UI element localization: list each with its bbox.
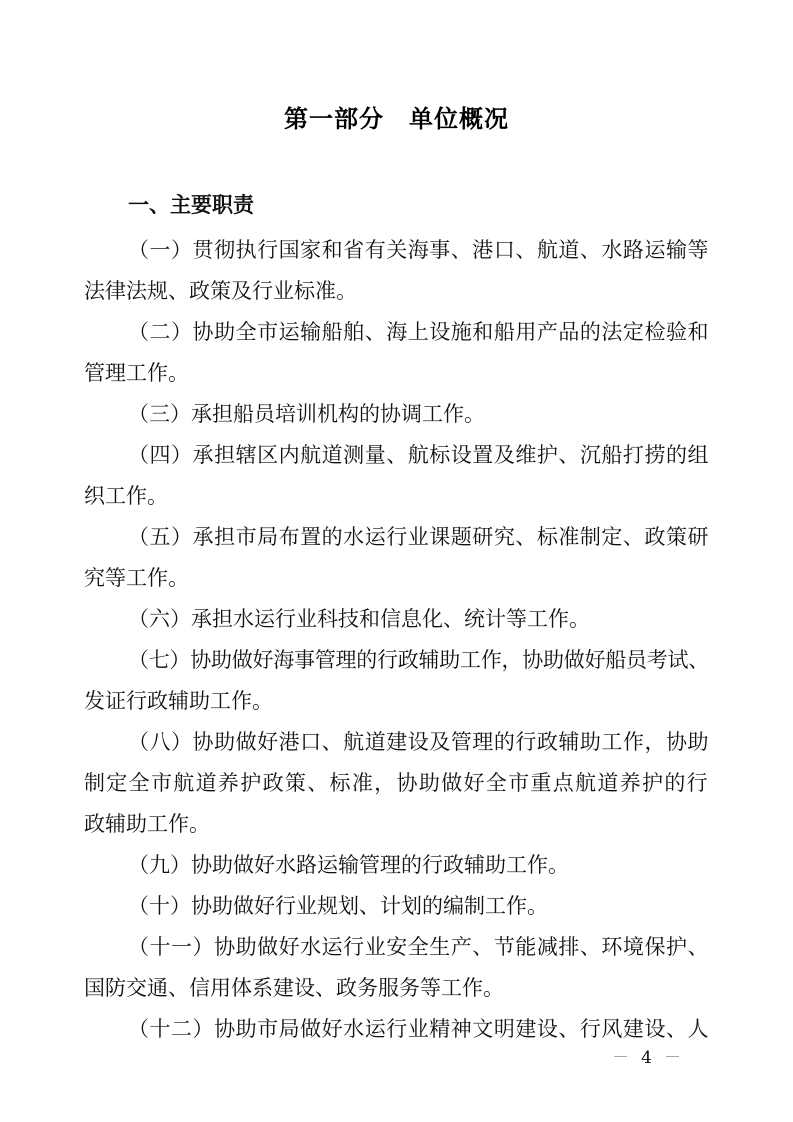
- paragraph-line-text: 制定全市航道养护政策、标准，协助做好全市重点航道养护的行: [84, 772, 709, 795]
- paragraph-line: （三）承担船员培训机构的协调工作。: [84, 394, 709, 435]
- paragraph-line-text: （八）协助做好港口、航道建设及管理的行政辅助工作，协助: [128, 731, 709, 754]
- paragraph-line: 究等工作。: [84, 558, 709, 599]
- paragraph-line: （十二）协助市局做好水运行业精神文明建设、行风建设、人: [84, 1009, 709, 1050]
- footer-dash-right: －: [664, 1048, 681, 1068]
- body-paragraphs: （一）贯彻执行国家和省有关海事、港口、航道、水路运输等法律法规、政策及行业标准。…: [84, 230, 709, 1050]
- paragraph-line-text: 织工作。: [84, 485, 168, 508]
- page-title: 第一部分 单位概况: [0, 0, 793, 138]
- paragraph-line: （九）协助做好水路运输管理的行政辅助工作。: [84, 845, 709, 886]
- paragraph-line-text: （二）协助全市运输船舶、海上设施和船用产品的法定检验和: [128, 321, 709, 344]
- paragraph-line: （八）协助做好港口、航道建设及管理的行政辅助工作，协助: [84, 722, 709, 763]
- paragraph-line-text: 法律法规、政策及行业标准。: [84, 280, 357, 303]
- paragraph-line-text: （十）协助做好行业规划、计划的编制工作。: [128, 895, 548, 918]
- paragraph-line-text: 管理工作。: [84, 362, 189, 385]
- paragraph-line: （六）承担水运行业科技和信息化、统计等工作。: [84, 599, 709, 640]
- paragraph-line: 发证行政辅助工作。: [84, 681, 709, 722]
- section-heading: 一、主要职责: [84, 188, 709, 224]
- paragraph-line: （十一）协助做好水运行业安全生产、节能减排、环境保护、: [84, 927, 709, 968]
- paragraph-line: （二）协助全市运输船舶、海上设施和船用产品的法定检验和: [84, 312, 709, 353]
- paragraph-line: 国防交通、信用体系建设、政务服务等工作。: [84, 968, 709, 1009]
- paragraph-line-text: （四）承担辖区内航道测量、航标设置及维护、沉船打捞的组: [128, 444, 709, 467]
- paragraph-line-text: 究等工作。: [84, 567, 189, 590]
- paragraph-line-text: （五）承担市局布置的水运行业课题研究、标准制定、政策研: [128, 526, 709, 549]
- paragraph-line: 法律法规、政策及行业标准。: [84, 271, 709, 312]
- paragraph-line-text: （十一）协助做好水运行业安全生产、节能减排、环境保护、: [128, 936, 709, 959]
- paragraph-line: 政辅助工作。: [84, 804, 709, 845]
- paragraph-line-text: （九）协助做好水路运输管理的行政辅助工作。: [128, 854, 569, 877]
- paragraph-line: 制定全市航道养护政策、标准，协助做好全市重点航道养护的行: [84, 763, 709, 804]
- page-number: 4: [629, 1048, 664, 1068]
- paragraph-line: （十）协助做好行业规划、计划的编制工作。: [84, 886, 709, 927]
- document-page: 第一部分 单位概况 一、主要职责 （一）贯彻执行国家和省有关海事、港口、航道、水…: [0, 0, 793, 1122]
- footer-dash-left: －: [612, 1048, 629, 1068]
- paragraph-line-text: 政辅助工作。: [84, 813, 210, 836]
- paragraph-line: （七）协助做好海事管理的行政辅助工作，协助做好船员考试、: [84, 640, 709, 681]
- paragraph-line-text: 发证行政辅助工作。: [84, 690, 273, 713]
- paragraph-line-text: （三）承担船员培训机构的协调工作。: [128, 403, 485, 426]
- paragraph-line: 织工作。: [84, 476, 709, 517]
- paragraph-line-text: （一）贯彻执行国家和省有关海事、港口、航道、水路运输等: [128, 239, 709, 262]
- page-footer: －4－: [612, 1048, 681, 1068]
- paragraph-line: 管理工作。: [84, 353, 709, 394]
- paragraph-line-text: （七）协助做好海事管理的行政辅助工作，协助做好船员考试、: [128, 649, 709, 672]
- paragraph-line-text: 国防交通、信用体系建设、政务服务等工作。: [84, 977, 504, 1000]
- paragraph-line: （一）贯彻执行国家和省有关海事、港口、航道、水路运输等: [84, 230, 709, 271]
- paragraph-line-text: （六）承担水运行业科技和信息化、统计等工作。: [128, 608, 590, 631]
- paragraph-line: （四）承担辖区内航道测量、航标设置及维护、沉船打捞的组: [84, 435, 709, 476]
- paragraph-line: （五）承担市局布置的水运行业课题研究、标准制定、政策研: [84, 517, 709, 558]
- paragraph-line-text: （十二）协助市局做好水运行业精神文明建设、行风建设、人: [128, 1018, 709, 1041]
